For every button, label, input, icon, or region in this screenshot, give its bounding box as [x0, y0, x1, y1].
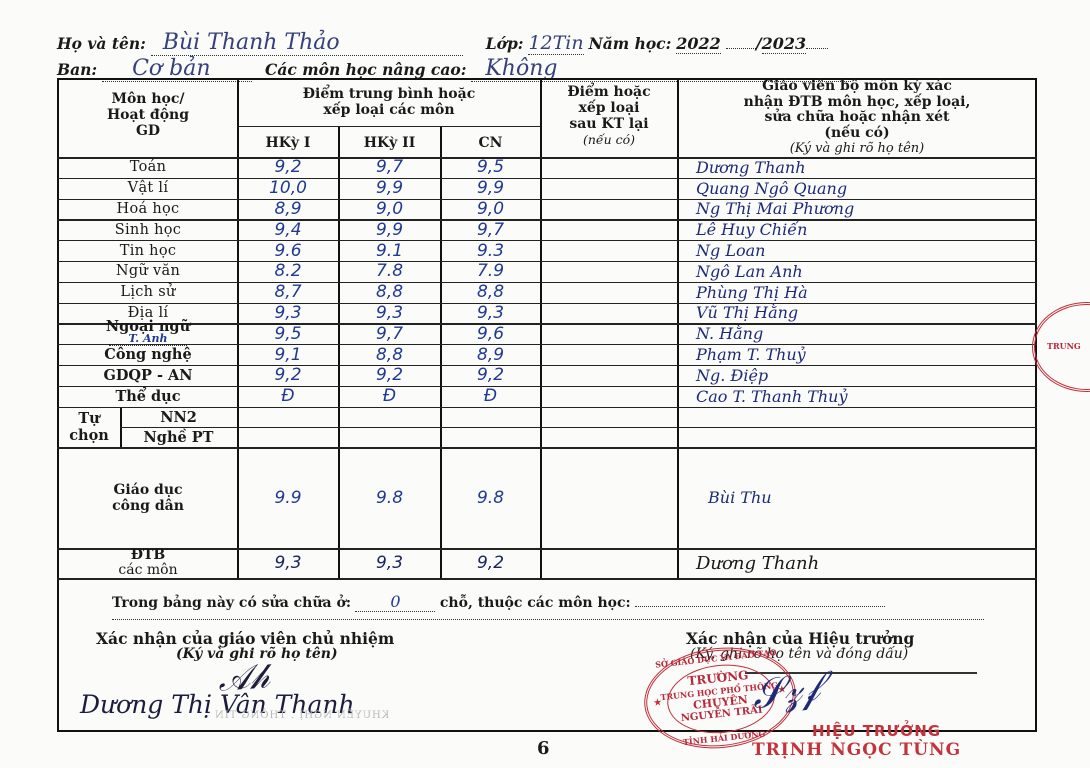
score-cn: 9,0: [441, 199, 540, 220]
side-stamp-fragment: TRUNG: [1032, 302, 1090, 392]
teacher-signature: Phùng Thị Hà: [678, 282, 1036, 303]
elective-subject-nn2: NN2: [120, 407, 237, 427]
score-retest: [541, 386, 677, 407]
year-start: 2022: [676, 34, 721, 54]
score-retest: [541, 282, 677, 303]
col-header-subject: Môn học/ Hoạt động GD: [59, 80, 237, 150]
subject-name: Ngữ văn: [59, 261, 237, 282]
teacher-signature: Quang Ngô Quang: [678, 178, 1036, 199]
score-hk2: 9,3: [339, 303, 440, 324]
teacher-signature: Ngô Lan Anh: [678, 261, 1036, 282]
score-hk2: 9,7: [339, 323, 440, 344]
name-label: Họ và tên:: [57, 34, 146, 53]
advanced-label: Các môn học nâng cao:: [265, 60, 466, 79]
year-separator: /: [756, 34, 762, 53]
teacher-signature: Phạm T. Thuỷ: [678, 344, 1036, 365]
subject-name: Toán: [59, 157, 237, 178]
subject-name: Lịch sử: [59, 282, 237, 303]
score-hk1: 9,4: [238, 219, 338, 240]
col-header-average: Điểm trung bình hoặc xếp loại các môn: [238, 80, 540, 124]
subject-name: Sinh học: [59, 219, 237, 240]
corrections-dotted-line: [112, 618, 984, 620]
score-cn: 9,2: [441, 365, 540, 386]
subject-civic-education: Giáo dục công dân: [59, 447, 237, 548]
score-hk2: 9,0: [339, 199, 440, 220]
score-retest: [541, 199, 677, 220]
score-cn: 9,6: [441, 323, 540, 344]
score-hk1: 9,2: [238, 365, 338, 386]
score-hk1: Đ: [238, 386, 338, 407]
score-cn: 9.3: [441, 240, 540, 261]
score-hk1: 9,3: [238, 303, 338, 324]
score-retest: [541, 219, 677, 240]
col-header-hk2: HKỳ II: [339, 128, 440, 157]
score-hk2: 7.8: [339, 261, 440, 282]
score-hk2: 9,9: [339, 178, 440, 199]
subject-name: Công nghệ: [59, 344, 237, 365]
score-retest: [541, 157, 677, 178]
bleed-through-text: KHUYẾN NGHỊ . THÔNG TIN: [214, 710, 389, 721]
score-hk2: 8,8: [339, 282, 440, 303]
teacher-signature: Lê Huy Chiến: [678, 219, 1036, 240]
score-retest: [541, 344, 677, 365]
score-cn: 9,7: [441, 219, 540, 240]
score-retest: [541, 365, 677, 386]
corrections-line: Trong bảng này có sửa chữa ở: 0 chỗ, thu…: [112, 592, 885, 612]
subject-overall-average: ĐTB các môn: [59, 548, 237, 578]
principal-signature: 𝒮𝓏𝒻: [749, 664, 822, 719]
score-retest: [541, 178, 677, 199]
corrections-count: 0: [355, 592, 435, 612]
class-value: 12Tin: [528, 32, 583, 55]
score-civic-hk1: 9.9: [238, 447, 338, 548]
subject-name: GDQP - AN: [59, 365, 237, 386]
principal-role: HIỆU TRƯỞNG: [812, 722, 941, 740]
score-hk2: 8,8: [339, 344, 440, 365]
score-overall-cn: 9,2: [441, 548, 540, 578]
score-hk2: 9.1: [339, 240, 440, 261]
score-cn: 9,5: [441, 157, 540, 178]
teacher-signature: N. Hằng: [678, 323, 1036, 344]
subject-name: Tin học: [59, 240, 237, 261]
teacher-signature: Ng Thị Mai Phương: [678, 199, 1036, 220]
name-line: Họ và tên: Bùi Thanh Thảo Lớp: 12Tin Năm…: [57, 30, 828, 56]
score-hk1: 8.2: [238, 261, 338, 282]
col-header-cn: CN: [441, 128, 540, 157]
score-cn: 7.9: [441, 261, 540, 282]
score-hk1: 8,7: [238, 282, 338, 303]
teacher-signature-civic: Bùi Thu: [678, 447, 1036, 548]
score-hk1: 9,1: [238, 344, 338, 365]
score-retest: [541, 323, 677, 344]
score-civic-hk2: 9.8: [339, 447, 440, 548]
year-end: 2023: [762, 34, 807, 54]
score-hk2: 9,2: [339, 365, 440, 386]
score-retest: [541, 303, 677, 324]
score-cn: 8,8: [441, 282, 540, 303]
teacher-signature: Ng. Điệp: [678, 365, 1036, 386]
score-retest: [541, 261, 677, 282]
score-retest: [541, 240, 677, 261]
name-value: Bùi Thanh Thảo: [151, 30, 463, 56]
col-header-hk1: HKỳ I: [238, 128, 338, 157]
score-civic-cn: 9.8: [441, 447, 540, 548]
principal-name: TRỊNH NGỌC TÙNG: [752, 740, 961, 760]
score-cn: 9,3: [441, 303, 540, 324]
score-cn: Đ: [441, 386, 540, 407]
class-label: Lớp:: [486, 34, 524, 53]
subject-name: Thể dục: [59, 386, 237, 407]
score-hk1: 9,2: [238, 157, 338, 178]
score-cn: 8,9: [441, 344, 540, 365]
elective-label: Tự chọn: [59, 407, 119, 447]
track-label: Ban:: [57, 60, 97, 79]
score-hk1: 9,5: [238, 323, 338, 344]
score-hk2: 9,7: [339, 157, 440, 178]
score-hk1: 9.6: [238, 240, 338, 261]
subject-name: Vật lí: [59, 178, 237, 199]
teacher-signature: Cao T. Thanh Thuỷ: [678, 386, 1036, 407]
score-hk1: 10,0: [238, 178, 338, 199]
subject-name: Ngoại ngữT. Anh: [59, 323, 237, 344]
table-row-divider: [237, 126, 540, 127]
teacher-signature-overall: Dương Thanh: [678, 548, 1036, 578]
score-overall-hk1: 9,3: [238, 548, 338, 578]
score-cn: 9,9: [441, 178, 540, 199]
subject-name: Hoá học: [59, 199, 237, 220]
page-number: 6: [537, 738, 550, 759]
table-row-divider: [57, 578, 1037, 580]
col-header-retest: Điểm hoặc xếp loại sau KT lại (nếu có): [541, 84, 677, 154]
score-hk1: 8,9: [238, 199, 338, 220]
score-hk2: 9,9: [339, 219, 440, 240]
teacher-signature: Dương Thanh: [678, 157, 1036, 178]
col-header-teacher: Giáo viên bộ môn ký xác nhận ĐTB môn học…: [678, 80, 1036, 156]
score-hk2: Đ: [339, 386, 440, 407]
teacher-signature: Ng Loan: [678, 240, 1036, 261]
teacher-signature: Vũ Thị Hằng: [678, 303, 1036, 324]
elective-subject-nghe-pt: Nghề PT: [120, 427, 237, 447]
score-overall-hk2: 9,3: [339, 548, 440, 578]
table-row-divider: [120, 427, 1037, 428]
year-label: Năm học:: [589, 34, 672, 53]
